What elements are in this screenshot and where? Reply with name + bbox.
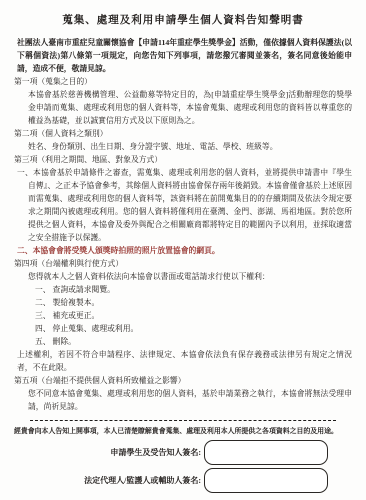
- section-5-body: 您不同意本協會蒐集、處理或利用您的個人資料，基於申請業務之執行，本協會將無法受理…: [28, 387, 352, 413]
- acknowledgment-line: 經貴會向本人告知上開事項，本人已清楚瞭解貴會蒐集、處理及利用本人所提供之各項資料…: [14, 426, 352, 437]
- signature-row-guardian: 法定代理人/監護人或輔助人簽名:: [14, 468, 328, 493]
- right-item-1: 一、 查詢或請求閱覽。: [35, 283, 352, 296]
- section-2-heading: 第二項（個人資料之類別）: [14, 127, 352, 140]
- section-3-item-1: 一、本協會基於申請條件之審查，需蒐集、處理或利用您的個人資料，並將提供申請書中『…: [28, 166, 352, 244]
- page-title: 蒐集、處理及利用申請學生個人資料告知聲明書: [14, 12, 352, 27]
- section-5-heading: 第五項（台端拒不提供個人資料所致權益之影響）: [14, 374, 352, 387]
- right-item-3: 三、 補充或更正。: [35, 309, 352, 322]
- section-3-item-2-highlighted: 二、本協會會將受獎人頒獎時拍照的照片放置協會的網頁。: [28, 244, 352, 257]
- dashed-separator: [30, 420, 336, 421]
- signature-row-student: 申請學生及受告知人簽名:: [14, 440, 328, 465]
- intro-paragraph: 社團法人臺南市重症兒童關懷協會【申請114年重症學生獎學金】活動，僅依據個人資料…: [17, 36, 352, 75]
- section-1-heading: 第一項（蒐集之目的）: [14, 75, 352, 88]
- student-signature-box[interactable]: [204, 440, 328, 465]
- section-4-heading: 第四項（台端權利與行使方式）: [14, 257, 352, 270]
- guardian-signature-box[interactable]: [204, 468, 328, 493]
- section-2-body: 姓名、身份類別、出生日期、身分證字號、地址、電話、學校、班級等。: [28, 140, 352, 153]
- section-3-heading: 第三項（利用之期間、地區、對象及方式）: [14, 153, 352, 166]
- section-4-note: 上述權利，若因不符合申請程序、法律規定、本協會依法負有保存義務或法律另有規定之情…: [17, 348, 352, 374]
- right-item-5: 五、 刪除。: [35, 335, 352, 348]
- right-item-2: 二、 製給複製本。: [35, 296, 352, 309]
- guardian-signature-label: 法定代理人/監護人或輔助人簽名:: [84, 475, 201, 486]
- statement-page: 蒐集、處理及利用申請學生個人資料告知聲明書 社團法人臺南市重症兒童關懷協會【申請…: [0, 0, 366, 500]
- student-signature-label: 申請學生及受告知人簽名:: [110, 447, 201, 458]
- right-item-4: 四、 停止蒐集、處理或利用。: [35, 322, 352, 335]
- section-4-lead: 您得就本人之個人資料依法向本協會以書面或電話請求行使以下權利：: [28, 270, 352, 283]
- section-1-body: 本協會基於慈善機構管理、公益勸募等特定目的，為[申請重症學生獎學金]活動辦理您的…: [28, 88, 352, 127]
